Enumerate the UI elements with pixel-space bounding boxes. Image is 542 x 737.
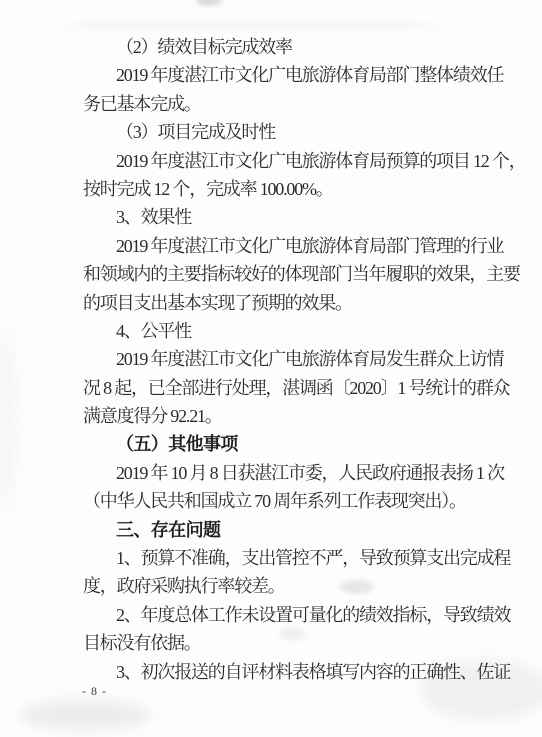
text-line: 况 8 起，已全部进行处理，湛调函〔2020〕1 号统计的群众 (83, 374, 523, 402)
text-line: （3）项目完成及时性 (83, 118, 523, 146)
page-number: - 8 - (82, 684, 107, 699)
scan-smudge (0, 330, 14, 510)
text-line: 3、效果性 (83, 203, 523, 231)
heading-line: 三、存在问题 (83, 516, 523, 544)
text-lines: （2）绩效目标完成效率2019 年度湛江市文化广电旅游体育局部门整体绩效任务已基… (83, 33, 523, 686)
text-line: 按时完成 12 个，完成率 100.00%。 (83, 175, 523, 203)
scanned-document-page: （2）绩效目标完成效率2019 年度湛江市文化广电旅游体育局部门整体绩效任务已基… (0, 0, 542, 737)
text-line: 2019 年 10 月 8 日获湛江市委，人民政府通报表扬 1 次 (83, 459, 523, 487)
text-line: 度，政府采购执行率较差。 (83, 572, 523, 600)
text-line: 2019 年度湛江市文化广电旅游体育局预算的项目 12 个， (83, 147, 523, 175)
scan-smudge (60, 22, 440, 30)
text-line: 务已基本完成。 (83, 90, 523, 118)
text-line: 2019 年度湛江市文化广电旅游体育局发生群众上访情 (83, 345, 523, 373)
text-line: 3、初次报送的自评材料表格填写内容的正确性、佐证 (83, 658, 523, 686)
text-line: 和领域内的主要指标较好的体现部门当年履职的效果，主要 (83, 260, 523, 288)
scan-smudge (20, 700, 150, 730)
heading-line: （五）其他事项 (83, 430, 523, 458)
scan-smudge (196, 0, 222, 6)
text-line: 目标没有依据。 (83, 629, 523, 657)
text-line: （中华人民共和国成立 70 周年系列工作表现突出）。 (83, 487, 523, 515)
text-line: 2019 年度湛江市文化广电旅游体育局部门整体绩效任 (83, 61, 523, 89)
text-line: 2019 年度湛江市文化广电旅游体育局部门管理的行业 (83, 232, 523, 260)
text-line: 的项目支出基本实现了预期的效果。 (83, 289, 523, 317)
text-line: 满意度得分 92.21。 (83, 402, 523, 430)
text-line: （2）绩效目标完成效率 (83, 33, 523, 61)
text-line: 1、预算不准确，支出管控不严，导致预算支出完成程 (83, 544, 523, 572)
text-line: 2、年度总体工作未设置可量化的绩效指标，导致绩效 (83, 601, 523, 629)
text-line: 4、公平性 (83, 317, 523, 345)
